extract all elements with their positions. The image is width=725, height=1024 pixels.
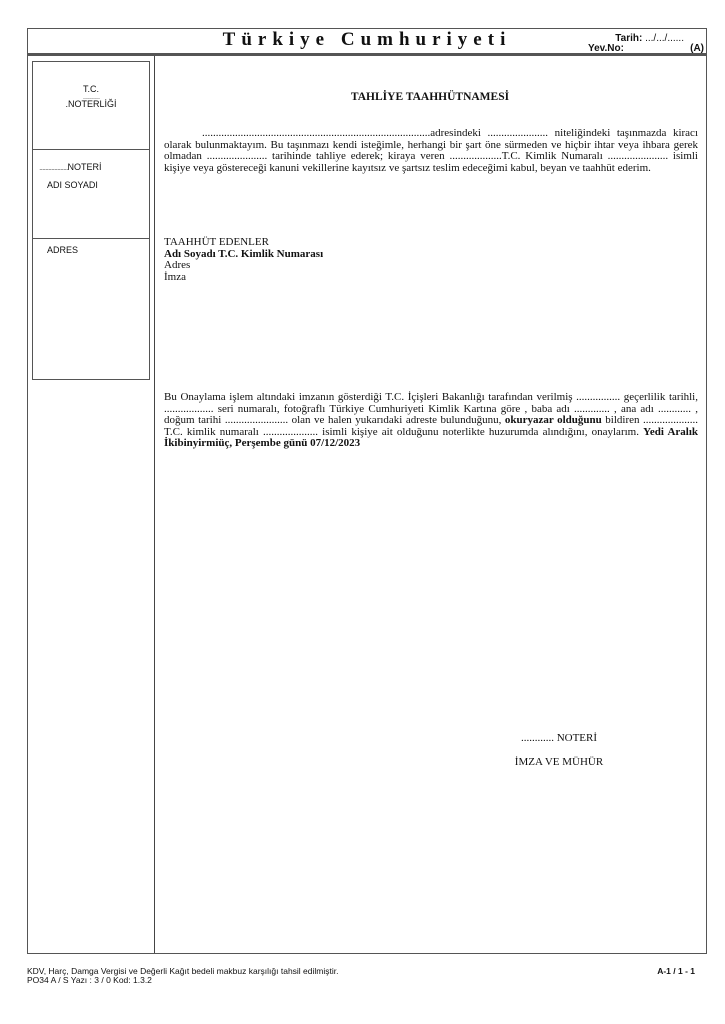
adi-soyadi-label: ADI SOYADI (47, 180, 98, 190)
left-column: T.C. .................. .NOTERLİĞİ .....… (28, 56, 155, 953)
noteri-line: ...................NOTERİ (39, 162, 102, 172)
date-field: Tarih: .../.../...... (615, 34, 684, 44)
page-footer: KDV, Harç, Damga Vergisi ve Değerli Kağı… (27, 967, 707, 984)
commitment-paragraph: ........................................… (164, 128, 698, 174)
notary-person-section: ...................NOTERİ ADI SOYADI (33, 149, 149, 239)
notary-signature-block: ............ NOTERİ İMZA VE MÜHÜR (484, 733, 634, 768)
document-body: TAHLİYE TAAHHÜTNAMESİ ..................… (154, 56, 706, 953)
notary-office-section: T.C. .................. .NOTERLİĞİ (33, 62, 149, 150)
yev-no-field: Yev.No:(A) (588, 44, 706, 54)
notary-info-box: T.C. .................. .NOTERLİĞİ .....… (32, 61, 150, 380)
noteri-dots: ................... (39, 162, 68, 172)
signer-signature: İmza (164, 272, 323, 284)
signers-block: TAAHHÜT EDENLER Adı Soyadı T.C. Kimlik N… (164, 237, 323, 283)
document-header: Türkiye Cumhuriyeti Tarih: .../.../.....… (28, 29, 706, 56)
approval-literacy: okuryazar olduğunu (505, 414, 602, 426)
footer-code: PO34 A / S Yazı : 3 / 0 Kod: 1.3.2 (27, 976, 707, 985)
signer-address: Adres (164, 260, 323, 272)
page-number: A-1 / 1 - 1 (657, 967, 695, 976)
noterligi-label: .NOTERLİĞİ (33, 99, 149, 109)
notary-name: ............ NOTERİ (484, 733, 634, 745)
noteri-label: NOTERİ (68, 162, 102, 172)
yev-no-label: Yev.No: (588, 43, 624, 54)
tc-label: T.C. (33, 84, 149, 94)
document-frame: Türkiye Cumhuriyeti Tarih: .../.../.....… (27, 28, 707, 954)
commitment-text: ........................................… (164, 127, 698, 174)
approval-paragraph: Bu Onaylama işlem altındaki imzanın göst… (164, 392, 698, 450)
date-value: .../.../...... (642, 33, 684, 44)
adres-label: ADRES (47, 245, 78, 255)
signature-seal-label: İMZA VE MÜHÜR (484, 757, 634, 769)
yev-no-suffix: (A) (690, 44, 704, 54)
document-title: TAHLİYE TAAHHÜTNAMESİ (154, 92, 706, 104)
signers-heading: TAAHHÜT EDENLER (164, 237, 323, 249)
